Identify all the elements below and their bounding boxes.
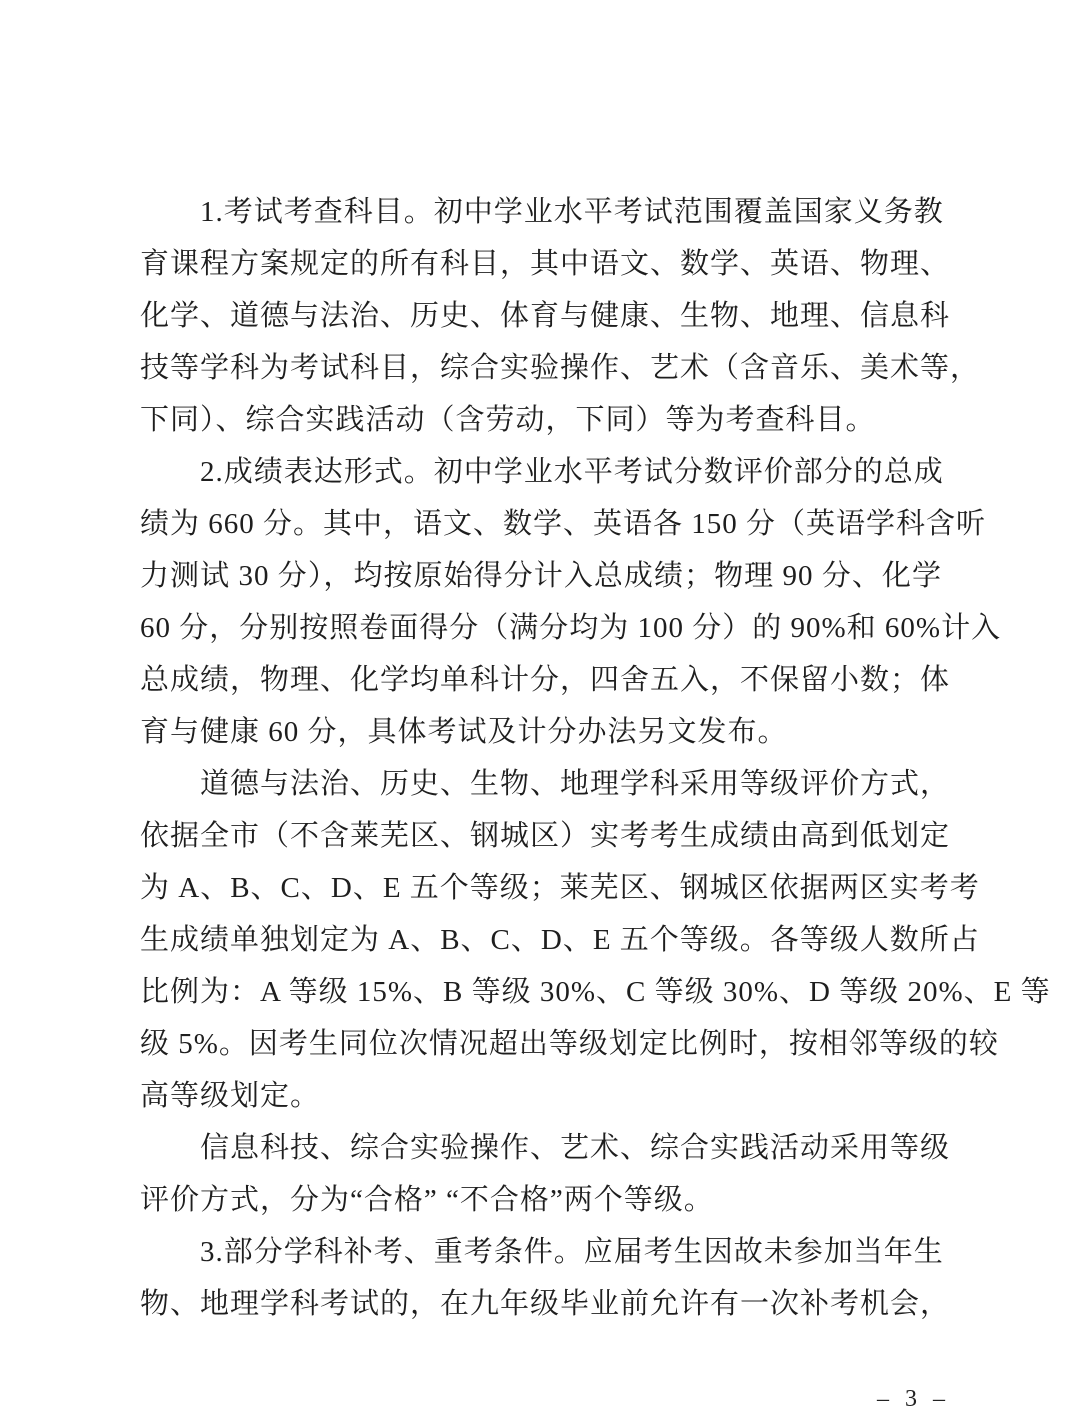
text-line: 60 分，分别按照卷面得分（满分均为 100 分）的 90%和 60%计入 <box>140 602 942 654</box>
text-line: 评价方式，分为“合格” “不合格”两个等级。 <box>140 1174 942 1226</box>
paragraph: 3.部分学科补考、重考条件。应届考生因故未参加当年生物、地理学科考试的，在九年级… <box>140 1226 942 1330</box>
text-line: 绩为 660 分。其中，语文、数学、英语各 150 分（英语学科含听 <box>140 498 942 550</box>
text-line: 总成绩，物理、化学均单科计分，四舍五入，不保留小数；体 <box>140 654 942 706</box>
text-line: 比例为：A 等级 15%、B 等级 30%、C 等级 30%、D 等级 20%、… <box>140 966 942 1018</box>
text-line: 生成绩单独划定为 A、B、C、D、E 五个等级。各等级人数所占 <box>140 914 942 966</box>
text-line: 依据全市（不含莱芜区、钢城区）实考考生成绩由高到低划定 <box>140 810 942 862</box>
text-line: 1.考试考查科目。初中学业水平考试范围覆盖国家义务教 <box>140 186 942 238</box>
text-line: 育课程方案规定的所有科目，其中语文、数学、英语、物理、 <box>140 238 942 290</box>
paragraph: 1.考试考查科目。初中学业水平考试范围覆盖国家义务教育课程方案规定的所有科目，其… <box>140 186 942 446</box>
text-line: 技等学科为考试科目，综合实验操作、艺术（含音乐、美术等， <box>140 342 942 394</box>
text-line: 化学、道德与法治、历史、体育与健康、生物、地理、信息科 <box>140 290 942 342</box>
page-number: – 3 – <box>0 1386 950 1413</box>
document-page: 1.考试考查科目。初中学业水平考试范围覆盖国家义务教育课程方案规定的所有科目，其… <box>0 0 1080 1427</box>
text-line: 下同）、综合实践活动（含劳动，下同）等为考查科目。 <box>140 394 942 446</box>
paragraph: 2.成绩表达形式。初中学业水平考试分数评价部分的总成绩为 660 分。其中，语文… <box>140 446 942 758</box>
text-line: 级 5%。因考生同位次情况超出等级划定比例时，按相邻等级的较 <box>140 1018 942 1070</box>
text-line: 道德与法治、历史、生物、地理学科采用等级评价方式， <box>140 758 942 810</box>
text-line: 信息科技、综合实验操作、艺术、综合实践活动采用等级 <box>140 1122 942 1174</box>
document-body: 1.考试考查科目。初中学业水平考试范围覆盖国家义务教育课程方案规定的所有科目，其… <box>140 186 942 1330</box>
text-line: 力测试 30 分），均按原始得分计入总成绩；物理 90 分、化学 <box>140 550 942 602</box>
paragraph: 信息科技、综合实验操作、艺术、综合实践活动采用等级评价方式，分为“合格” “不合… <box>140 1122 942 1226</box>
paragraph: 道德与法治、历史、生物、地理学科采用等级评价方式，依据全市（不含莱芜区、钢城区）… <box>140 758 942 1122</box>
text-line: 高等级划定。 <box>140 1070 942 1122</box>
text-line: 育与健康 60 分，具体考试及计分办法另文发布。 <box>140 706 942 758</box>
text-line: 2.成绩表达形式。初中学业水平考试分数评价部分的总成 <box>140 446 942 498</box>
text-line: 为 A、B、C、D、E 五个等级；莱芜区、钢城区依据两区实考考 <box>140 862 942 914</box>
text-line: 3.部分学科补考、重考条件。应届考生因故未参加当年生 <box>140 1226 942 1278</box>
text-line: 物、地理学科考试的，在九年级毕业前允许有一次补考机会， <box>140 1278 942 1330</box>
